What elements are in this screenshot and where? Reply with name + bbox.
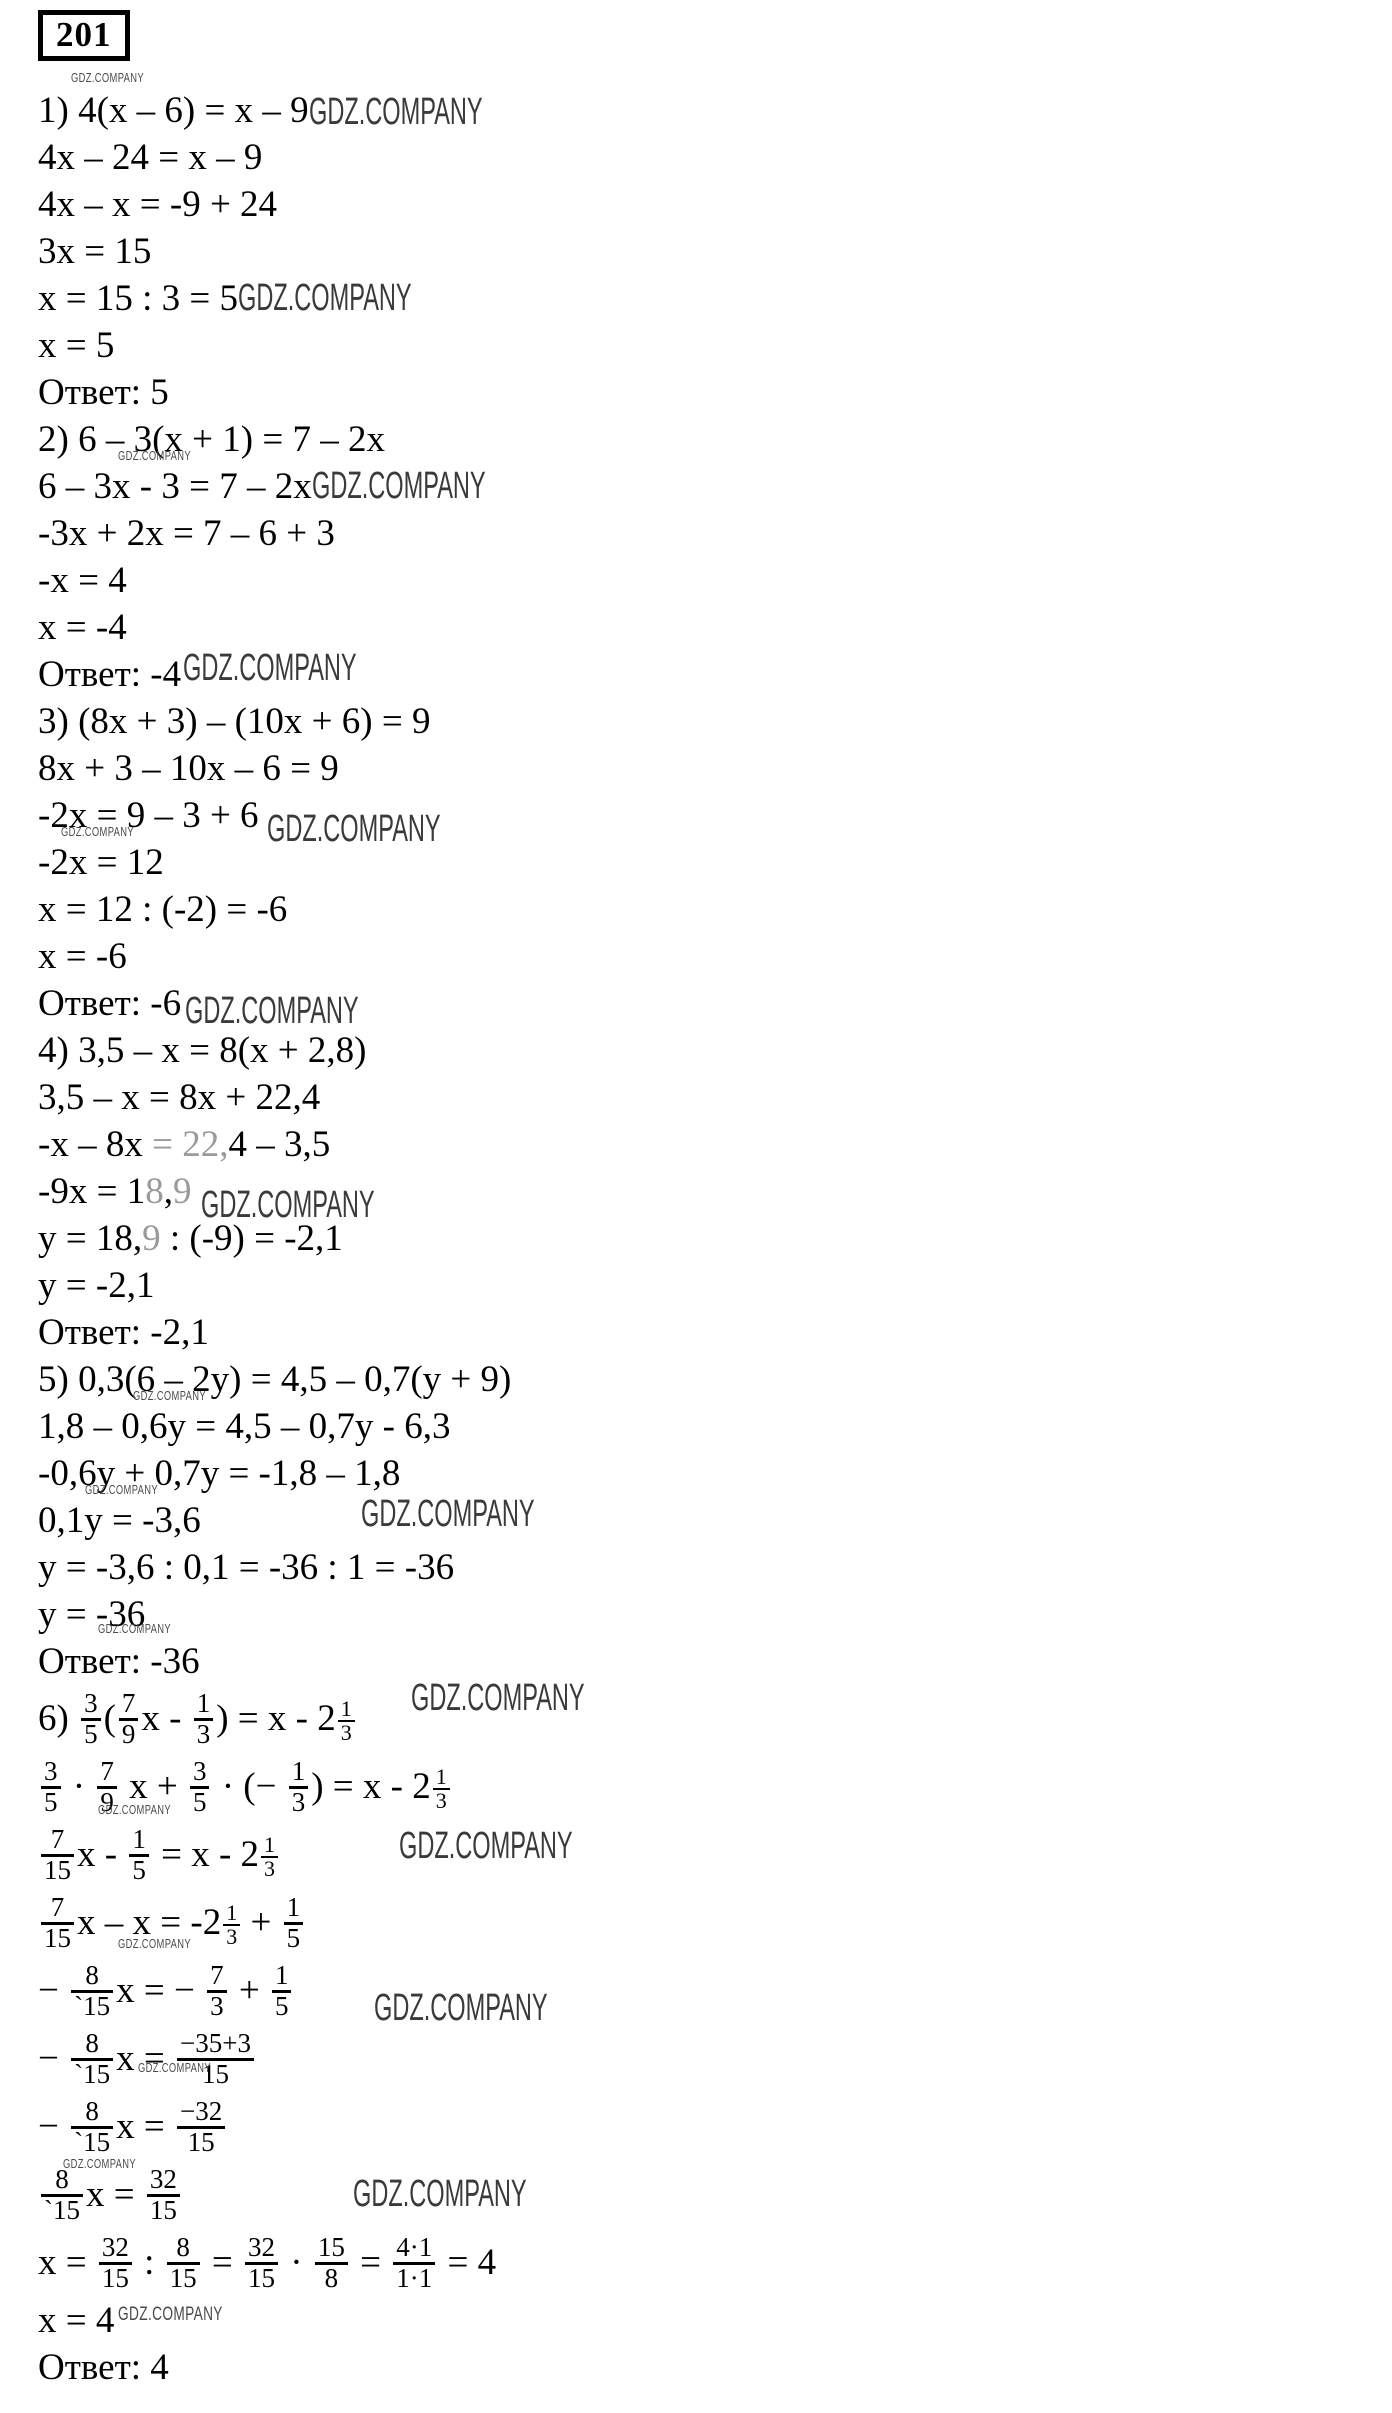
watermark: GDZ.COMPANY xyxy=(353,2175,527,2213)
fraction: 815 xyxy=(167,2234,200,2292)
math-line: x = 15 : 3 = 5GDZ.COMPANY xyxy=(38,275,1392,322)
math-text: ( xyxy=(104,1698,116,1739)
fraction: 13 xyxy=(223,1902,240,1948)
math-text: ) = x - 2 xyxy=(216,1698,336,1739)
fraction-denominator: 5 xyxy=(284,1922,304,1953)
math-line: − 8`15x = −35+315GDZ.COMPANY xyxy=(38,2025,1392,2093)
math-text-muted: = 22, xyxy=(152,1124,228,1165)
math-text: 8x + 3 – 10x – 6 = 9 xyxy=(38,748,339,789)
math-text: · xyxy=(281,2242,312,2283)
fraction-denominator: 15 xyxy=(41,1854,74,1885)
math-text: Ответ: -6 xyxy=(38,983,181,1024)
math-line: x = 4GDZ.COMPANY xyxy=(38,2297,1392,2344)
page-container: 201 GDZ.COMPANY1) 4(x – 6) = x – 9GDZ.CO… xyxy=(0,0,1392,2391)
math-line: 3x = 15 xyxy=(38,228,1392,275)
fraction: 35 xyxy=(81,1690,101,1748)
math-line: GDZ.COMPANY6 – 3x - 3 = 7 – 2xGDZ.COMPAN… xyxy=(38,463,1392,510)
fraction-denominator: 5 xyxy=(129,1854,149,1885)
fraction-numerator: 1 xyxy=(338,1698,355,1720)
math-text: Ответ: 5 xyxy=(38,372,169,413)
fraction-denominator: 15 xyxy=(167,2262,200,2293)
watermark: GDZ.COMPANY xyxy=(374,1989,548,2027)
math-line: − 8`15x = − 73 + 15GDZ.COMPANY xyxy=(38,1957,1392,2025)
math-text: x - xyxy=(77,1834,126,1875)
fraction: 79 xyxy=(119,1690,139,1748)
math-text: · (− xyxy=(212,1766,285,1807)
fraction: 13 xyxy=(289,1758,309,1816)
math-text: 4) 3,5 – x = 8(x + 2,8) xyxy=(38,1030,366,1071)
watermark: GDZ.COMPANY xyxy=(118,2305,223,2324)
watermark: GDZ.COMPANY xyxy=(118,449,191,462)
fraction-numerator: 1 xyxy=(284,1894,304,1922)
fraction: 15 xyxy=(272,1962,292,2020)
math-text: 3x = 15 xyxy=(38,231,151,272)
fraction-denominator: 15 xyxy=(177,2126,225,2157)
math-text: x - xyxy=(141,1698,190,1739)
fraction-numerator: 32 xyxy=(147,2166,180,2194)
math-text: y = 18, xyxy=(38,1218,142,1259)
fraction-numerator: −35+3 xyxy=(177,2030,254,2058)
fraction-numerator: 1 xyxy=(194,1690,214,1718)
math-text: − xyxy=(38,2106,68,2147)
solution-lines: GDZ.COMPANY1) 4(x – 6) = x – 9GDZ.COMPAN… xyxy=(38,87,1392,2391)
math-text: x = 12 : (-2) = -6 xyxy=(38,889,287,930)
fraction-numerator: 1 xyxy=(223,1902,240,1924)
fraction-numerator: 7 xyxy=(97,1758,117,1786)
watermark: GDZ.COMPANY xyxy=(85,1483,158,1496)
math-text: : (-9) = -2,1 xyxy=(161,1218,343,1259)
math-line: 715x – x = -213 + 15GDZ.COMPANY xyxy=(38,1889,1392,1957)
math-line: x = 5 xyxy=(38,322,1392,369)
math-text: · xyxy=(64,1766,95,1807)
math-line: 2) 6 – 3(x + 1) = 7 – 2x xyxy=(38,416,1392,463)
watermark: GDZ.COMPANY xyxy=(309,93,483,131)
fraction: 715 xyxy=(41,1826,74,1884)
math-text: + xyxy=(230,1970,269,2011)
math-line: 4x – 24 = x – 9 xyxy=(38,134,1392,181)
fraction: 13 xyxy=(194,1690,214,1748)
math-text: x = xyxy=(116,2106,174,2147)
math-line: -2x = 9 – 3 + 6GDZ.COMPANY xyxy=(38,792,1392,839)
math-text: x = 4 xyxy=(38,2300,114,2341)
fraction-denominator: `15 xyxy=(71,2126,113,2157)
math-text: 4x – x = -9 + 24 xyxy=(38,184,277,225)
fraction: 13 xyxy=(338,1698,355,1744)
fraction: 8`15 xyxy=(71,2030,113,2088)
fraction-denominator: `15 xyxy=(71,1990,113,2021)
watermark: GDZ.COMPANY xyxy=(118,1937,191,1950)
math-text: -x = 4 xyxy=(38,560,127,601)
math-line: y = 18,9 : (-9) = -2,1 xyxy=(38,1215,1392,1262)
fraction-denominator: `15 xyxy=(41,2194,83,2225)
math-line: 5) 0,3(6 – 2y) = 4,5 – 0,7(y + 9) xyxy=(38,1356,1392,1403)
fraction-denominator: 1·1 xyxy=(393,2262,435,2293)
math-text: y = -3,6 : 0,1 = -36 : 1 = -36 xyxy=(38,1547,454,1588)
fraction-denominator: 3 xyxy=(289,1786,309,1817)
fraction-numerator: 1 xyxy=(289,1758,309,1786)
math-text: = xyxy=(203,2242,242,2283)
math-line: x = -4 xyxy=(38,604,1392,651)
fraction: 8`15 xyxy=(71,1962,113,2020)
fraction-denominator: 8 xyxy=(315,2262,348,2293)
fraction-numerator: 4·1 xyxy=(393,2234,435,2262)
fraction: 715 xyxy=(41,1894,74,1952)
math-line: GDZ.COMPANY8`15x = 3215GDZ.COMPANY xyxy=(38,2161,1392,2229)
math-line: Ответ: -2,1 xyxy=(38,1309,1392,1356)
math-text: Ответ: -4 xyxy=(38,654,181,695)
fraction-denominator: 3 xyxy=(207,1990,227,2021)
math-text: 5) 0,3(6 – 2y) = 4,5 – 0,7(y + 9) xyxy=(38,1359,511,1400)
fraction-numerator: 32 xyxy=(245,2234,278,2262)
fraction: 35 xyxy=(41,1758,61,1816)
math-line: 6) 35(79x - 13) = x - 213GDZ.COMPANY xyxy=(38,1685,1392,1753)
problem-number: 201 xyxy=(56,15,112,54)
math-line: -x = 4 xyxy=(38,557,1392,604)
math-text: 1) 4(x – 6) = x – 9 xyxy=(38,90,309,131)
fraction: 35 xyxy=(190,1758,210,1816)
math-line: Ответ: 5 xyxy=(38,369,1392,416)
fraction-numerator: 3 xyxy=(41,1758,61,1786)
math-line: 4x – x = -9 + 24 xyxy=(38,181,1392,228)
fraction-numerator: 1 xyxy=(272,1962,292,1990)
math-text: 4x – 24 = x – 9 xyxy=(38,137,262,178)
watermark: GDZ.COMPANY xyxy=(411,1679,585,1717)
math-text: 6) xyxy=(38,1698,78,1739)
fraction-denominator: `15 xyxy=(71,2058,113,2089)
math-text: − xyxy=(38,1970,68,2011)
fraction: 4·11·1 xyxy=(393,2234,435,2292)
math-line: 8x + 3 – 10x – 6 = 9 xyxy=(38,745,1392,792)
math-line: -3x + 2x = 7 – 6 + 3 xyxy=(38,510,1392,557)
fraction-numerator: 1 xyxy=(433,1766,450,1788)
math-text: x = 15 : 3 = 5 xyxy=(38,278,238,319)
math-line: -x – 8x = 22,4 – 3,5 xyxy=(38,1121,1392,1168)
fraction: 15 xyxy=(129,1826,149,1884)
math-line: Ответ: 4 xyxy=(38,2344,1392,2391)
math-text: 2) 6 – 3(x + 1) = 7 – 2x xyxy=(38,419,385,460)
fraction-denominator: 5 xyxy=(190,1786,210,1817)
math-line: GDZ.COMPANY1) 4(x – 6) = x – 9GDZ.COMPAN… xyxy=(38,87,1392,134)
fraction: 15 xyxy=(284,1894,304,1952)
fraction-denominator: 15 xyxy=(147,2194,180,2225)
math-text: Ответ: 4 xyxy=(38,2347,169,2388)
fraction-denominator: 3 xyxy=(194,1718,214,1749)
fraction-denominator: 3 xyxy=(223,1924,240,1948)
math-text: 3) (8x + 3) – (10x + 6) = 9 xyxy=(38,701,430,742)
fraction-numerator: 8 xyxy=(41,2166,83,2194)
math-text: 4 – 3,5 xyxy=(228,1124,330,1165)
watermark: GDZ.COMPANY xyxy=(312,467,486,505)
math-text: y = -2,1 xyxy=(38,1265,154,1306)
math-text: 6 – 3x - 3 = 7 – 2x xyxy=(38,466,312,507)
watermark: GDZ.COMPANY xyxy=(61,825,134,838)
watermark: GDZ.COMPANY xyxy=(98,1803,171,1816)
math-line: Ответ: -6GDZ.COMPANY xyxy=(38,980,1392,1027)
math-line: GDZ.COMPANY1,8 – 0,6y = 4,5 – 0,7y - 6,3 xyxy=(38,1403,1392,1450)
fraction-denominator: 3 xyxy=(261,1856,278,1880)
math-line: GDZ.COMPANY-2x = 12 xyxy=(38,839,1392,886)
math-text: = 4 xyxy=(438,2242,496,2283)
fraction-denominator: 5 xyxy=(81,1718,101,1749)
fraction-numerator: 7 xyxy=(41,1826,74,1854)
fraction: −3215 xyxy=(177,2098,225,2156)
math-line: y = -36 xyxy=(38,1591,1392,1638)
math-text: x = xyxy=(86,2174,144,2215)
problem-number-box: 201 xyxy=(38,10,130,61)
fraction-numerator: 32 xyxy=(99,2234,132,2262)
fraction-denominator: 3 xyxy=(433,1788,450,1812)
math-line: y = -2,1 xyxy=(38,1262,1392,1309)
math-text: Ответ: -36 xyxy=(38,1641,200,1682)
math-line: 3) (8x + 3) – (10x + 6) = 9 xyxy=(38,698,1392,745)
math-line: Ответ: -4GDZ.COMPANY xyxy=(38,651,1392,698)
math-text: = x - 2 xyxy=(152,1834,259,1875)
watermark: GDZ.COMPANY xyxy=(133,1389,206,1402)
fraction: 8`15 xyxy=(41,2166,83,2224)
fraction: 73 xyxy=(207,1962,227,2020)
math-line: -9x = 18,9GDZ.COMPANY xyxy=(38,1168,1392,1215)
math-line: x = 3215 : 815 = 3215 · 158 = 4·11·1 = 4 xyxy=(38,2229,1392,2297)
math-line: x = 12 : (-2) = -6 xyxy=(38,886,1392,933)
fraction: 158 xyxy=(315,2234,348,2292)
fraction: 3215 xyxy=(245,2234,278,2292)
watermark: GDZ.COMPANY xyxy=(71,71,144,84)
math-line: x = -6 xyxy=(38,933,1392,980)
math-text: x = -6 xyxy=(38,936,127,977)
math-text: 3,5 – x = 8x + 22,4 xyxy=(38,1077,320,1118)
fraction-denominator: 15 xyxy=(245,2262,278,2293)
fraction-numerator: 1 xyxy=(261,1834,278,1856)
watermark: GDZ.COMPANY xyxy=(238,279,412,317)
math-text: Ответ: -2,1 xyxy=(38,1312,209,1353)
fraction-denominator: 5 xyxy=(272,1990,292,2021)
math-text: ) = x - 2 xyxy=(311,1766,431,1807)
fraction-numerator: −32 xyxy=(177,2098,225,2126)
math-text: x + xyxy=(120,1766,187,1807)
math-text-muted: 9 xyxy=(142,1218,161,1259)
math-text: -2x = 12 xyxy=(38,842,164,883)
fraction: 8`15 xyxy=(71,2098,113,2156)
math-text: -3x + 2x = 7 – 6 + 3 xyxy=(38,513,335,554)
watermark: GDZ.COMPANY xyxy=(185,992,359,1030)
math-text: 0,1y = -3,6 xyxy=(38,1500,201,1541)
fraction-numerator: 15 xyxy=(315,2234,348,2262)
fraction-denominator: 3 xyxy=(338,1720,355,1744)
math-line: 3,5 – x = 8x + 22,4 xyxy=(38,1074,1392,1121)
math-text-muted: 9 xyxy=(173,1171,192,1212)
fraction-denominator: 15 xyxy=(41,1922,74,1953)
fraction: 13 xyxy=(261,1834,278,1880)
math-line: 4) 3,5 – x = 8(x + 2,8) xyxy=(38,1027,1392,1074)
fraction: 3215 xyxy=(147,2166,180,2224)
math-line: − 8`15x = −3215 xyxy=(38,2093,1392,2161)
math-line: GDZ.COMPANY715x - 15 = x - 213GDZ.COMPAN… xyxy=(38,1821,1392,1889)
math-text: -9x = 1 xyxy=(38,1171,145,1212)
math-text: x = xyxy=(38,2242,96,2283)
math-text: , xyxy=(164,1171,173,1212)
fraction: 3215 xyxy=(99,2234,132,2292)
math-text: x = -4 xyxy=(38,607,127,648)
watermark: GDZ.COMPANY xyxy=(138,2061,211,2074)
watermark: GDZ.COMPANY xyxy=(98,1622,171,1635)
fraction-numerator: 1 xyxy=(129,1826,149,1854)
math-line: 35 · 79 x + 35 · (− 13) = x - 213 xyxy=(38,1753,1392,1821)
math-text: : xyxy=(135,2242,164,2283)
fraction-denominator: 5 xyxy=(41,1786,61,1817)
math-line: GDZ.COMPANY0,1y = -3,6GDZ.COMPANY xyxy=(38,1497,1392,1544)
math-text: 1,8 – 0,6y = 4,5 – 0,7y - 6,3 xyxy=(38,1406,450,1447)
fraction-numerator: 8 xyxy=(167,2234,200,2262)
fraction-numerator: 3 xyxy=(81,1690,101,1718)
math-text: = xyxy=(351,2242,390,2283)
fraction: 13 xyxy=(433,1766,450,1812)
math-line: y = -3,6 : 0,1 = -36 : 1 = -36 xyxy=(38,1544,1392,1591)
math-text: -x – 8x xyxy=(38,1124,152,1165)
watermark: GDZ.COMPANY xyxy=(399,1827,573,1865)
fraction-numerator: 7 xyxy=(41,1894,74,1922)
fraction-denominator: 9 xyxy=(119,1718,139,1749)
watermark: GDZ.COMPANY xyxy=(183,649,357,687)
fraction-denominator: 15 xyxy=(99,2262,132,2293)
fraction-numerator: 8 xyxy=(71,2098,113,2126)
math-line: -0,6y + 0,7y = -1,8 – 1,8 xyxy=(38,1450,1392,1497)
math-text: + xyxy=(241,1902,280,1943)
fraction-numerator: 7 xyxy=(119,1690,139,1718)
math-text: x = 5 xyxy=(38,325,114,366)
watermark: GDZ.COMPANY xyxy=(361,1495,535,1533)
fraction-numerator: 8 xyxy=(71,2030,113,2058)
math-text-muted: 8 xyxy=(145,1171,164,1212)
math-line: GDZ.COMPANYОтвет: -36 xyxy=(38,1638,1392,1685)
fraction-numerator: 3 xyxy=(190,1758,210,1786)
fraction-numerator: 7 xyxy=(207,1962,227,1990)
fraction-numerator: 8 xyxy=(71,1962,113,1990)
math-text: x = − xyxy=(116,1970,204,2011)
math-text: − xyxy=(38,2038,68,2079)
